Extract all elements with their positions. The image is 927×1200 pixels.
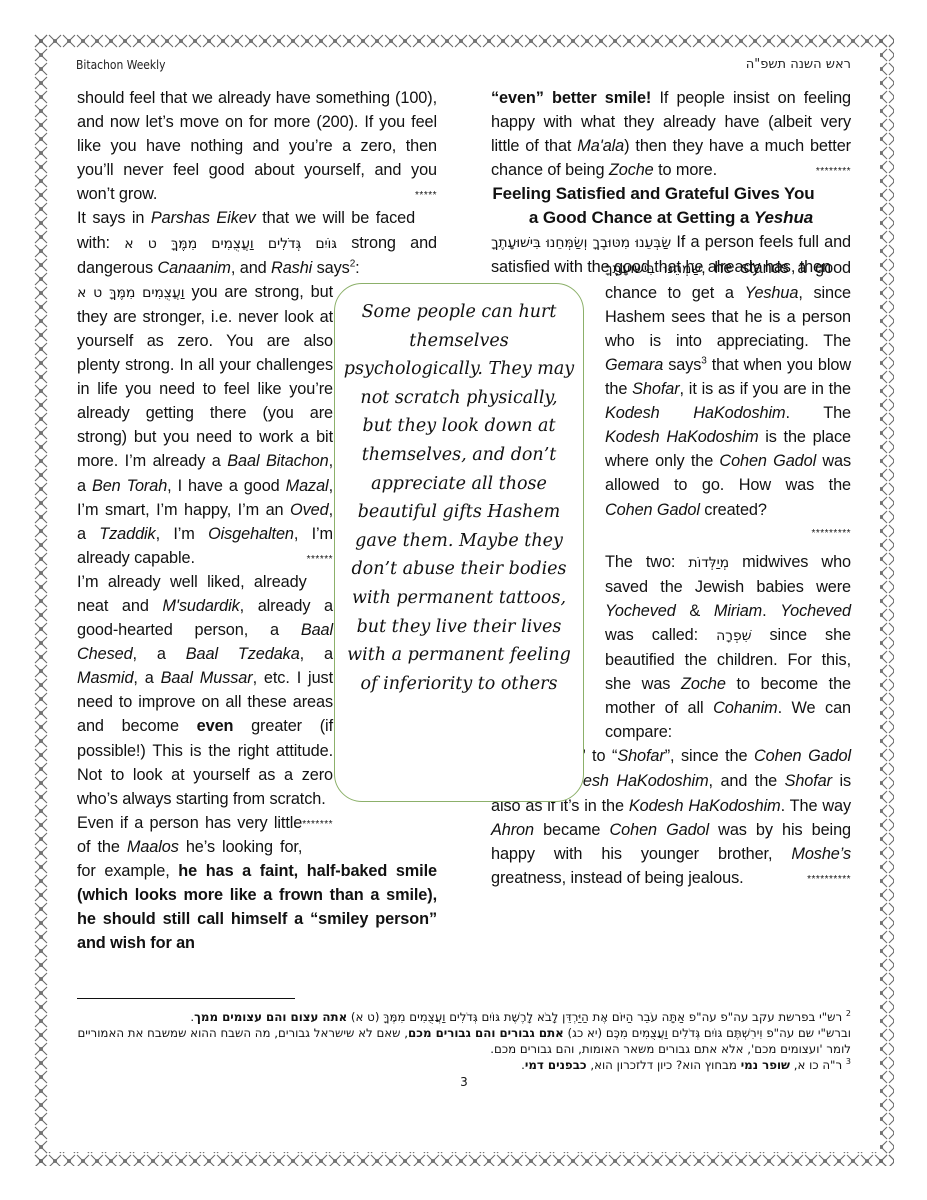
footnote-3: 3 ר"ה כו א, שופר נמי מבחוץ הוא? כיון דלז… [77,1057,851,1073]
issue-title: ראש השנה תשפ"ה [746,57,851,72]
paragraph: “even” better smile! If people insist on… [491,86,851,182]
footnote-2-continued: וברש"י שם עה"פ וִירִשְׁתֶּם גּוֹיִם גְּד… [77,1025,851,1057]
section-separator: ****** [307,548,333,572]
pull-quote-text: Some people can hurt themselves psycholo… [344,302,574,694]
footnote-divider [77,998,295,999]
hebrew-quote: שַׂבְּעֵנוּ מִטּוּבֶךָ וְשַׂמְּחֵנוּ בִּ… [491,235,671,251]
hebrew-quote: שַׂמְּחֵנוּ בִּישׁוּעָתֶךָ [605,261,701,277]
section-heading: Feeling Satisfied and Grateful Gives You… [491,182,851,230]
hebrew-quote: וַעֲצֻמִים מִמֶּךָּ ט א [77,285,185,301]
footnote-2: 2 רש"י בפרשת עקב עה"פ עה"פ אַתָּה עֹבֵר … [77,1009,851,1025]
running-header: Bitachon Weekly ראש השנה תשפ"ה [76,57,851,75]
section-separator: ***** [415,184,437,208]
pull-quote: Some people can hurt themselves psycholo… [334,283,584,802]
paragraph: It says in Parshas Eikev that we will be… [77,206,437,279]
section-separator: ********** [807,868,851,892]
section-separator: ******** [816,160,851,184]
section-separator: ******* [302,813,333,837]
paragraph: Even if a person has very little of the … [77,811,437,956]
footnotes: 2 רש"י בפרשת עקב עה"פ עה"פ אַתָּה עֹבֵר … [77,998,851,1090]
hebrew-quote: גּוֹיִם גְּדֹלִים וַעֲצֻמִים מִמֶּךָּ ט … [124,236,337,252]
paragraph: should feel that we already have somethi… [77,86,437,206]
publication-title: Bitachon Weekly [76,57,166,72]
page-number: 3 [77,1074,851,1090]
